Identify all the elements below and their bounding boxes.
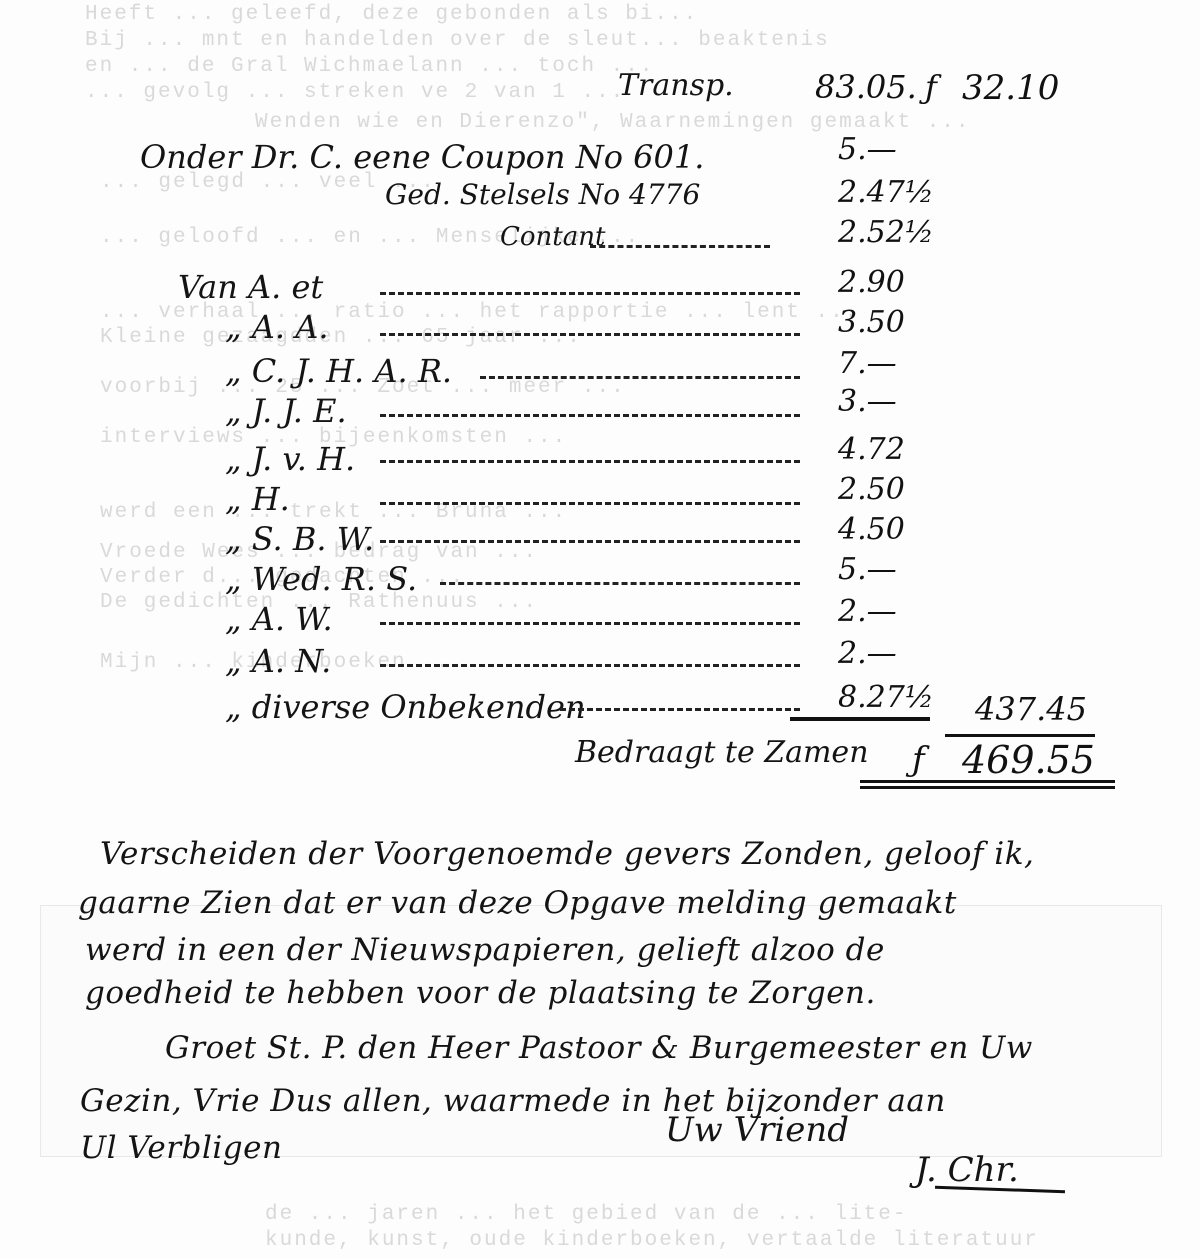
entry-amount: 5.— bbox=[838, 132, 897, 167]
transport-subtotal: 83.05. bbox=[815, 68, 917, 106]
subtotal-rule bbox=[790, 717, 930, 721]
leader-dots bbox=[380, 414, 800, 417]
entry-label: Ged. Stelsels No 4776 bbox=[385, 178, 700, 211]
entry-label: „ Wed. R. S. bbox=[225, 560, 417, 598]
entry-label: „ A. N. bbox=[225, 642, 331, 680]
valediction: Uw Vriend bbox=[665, 1110, 849, 1150]
bleed-line: ... gevolg ... streken ve 2 van 1 ... bbox=[85, 80, 625, 105]
column-total: 437.45 bbox=[975, 690, 1087, 728]
entry-label: „ A. A. bbox=[225, 308, 328, 346]
letter-line: gaarne Zien dat er van deze Opgave meldi… bbox=[78, 885, 957, 921]
leader-dots bbox=[380, 292, 800, 295]
entry-amount: 3.50 bbox=[838, 305, 905, 340]
entry-label: „ A. W. bbox=[225, 600, 333, 638]
entry-amount: 4.72 bbox=[838, 432, 905, 467]
carried-total: 32.10 bbox=[962, 68, 1059, 108]
leader-dots bbox=[480, 376, 800, 379]
leader-dots bbox=[380, 664, 800, 667]
entry-amount: 2.50 bbox=[838, 472, 905, 507]
grand-total-currency: ƒ bbox=[912, 740, 925, 780]
entry-amount: 2.90 bbox=[838, 265, 905, 300]
entry-amount: 3.— bbox=[838, 384, 897, 419]
leader-dots bbox=[590, 245, 770, 248]
entry-amount: 5.— bbox=[838, 552, 897, 587]
entry-label: „ C. J. H. A. R. bbox=[225, 352, 452, 390]
leader-dots bbox=[380, 502, 800, 505]
currency-mark: ƒ bbox=[925, 68, 937, 106]
grand-total-top-rule bbox=[945, 734, 1095, 737]
leader-dots bbox=[380, 460, 800, 463]
entry-label: „ diverse Onbekenden bbox=[225, 688, 586, 726]
entry-label: „ J. v. H. bbox=[225, 440, 355, 478]
entry-label: „ J. J. E. bbox=[225, 392, 347, 430]
letter-line: goedheid te hebben voor de plaatsing te … bbox=[85, 975, 876, 1011]
scanned-document-page: Heeft ... geleefd, deze gebonden als bi.… bbox=[0, 0, 1200, 1258]
leader-dots bbox=[440, 582, 800, 585]
bleed-line: Heeft ... geleefd, deze gebonden als bi.… bbox=[85, 2, 698, 27]
leader-dots bbox=[380, 540, 800, 543]
signature: J. Chr. bbox=[915, 1150, 1019, 1190]
entry-label: „ H. bbox=[225, 480, 290, 518]
letter-line: Verscheiden der Voorgenoemde gevers Zond… bbox=[100, 836, 1034, 872]
entry-amount: 4.50 bbox=[838, 512, 905, 547]
leader-dots bbox=[560, 708, 800, 711]
entry-amount: 2.52½ bbox=[838, 215, 934, 250]
entry-amount: 2.47½ bbox=[838, 175, 934, 210]
leader-dots bbox=[380, 622, 800, 625]
bleed-line: kunde, kunst, oude kinderboeken, vertaal… bbox=[265, 1228, 1039, 1253]
entry-label: Onder Dr. C. eene Coupon No 601. bbox=[140, 138, 704, 176]
transport-label: Transp. bbox=[618, 68, 734, 103]
entry-amount: 2.— bbox=[838, 636, 897, 671]
entry-amount: 7.— bbox=[838, 346, 897, 381]
entry-amount: 8.27½ bbox=[838, 680, 934, 715]
bleed-line: Kleine gezaagdden ... 65 jaar ... bbox=[100, 325, 582, 350]
grand-total-amount: 469.55 bbox=[962, 738, 1095, 782]
grand-total-double-rule-1 bbox=[860, 780, 1115, 783]
entry-label: „ S. B. W. bbox=[225, 520, 374, 558]
bleed-line: Bij ... mnt en handelden over de sleut..… bbox=[85, 28, 830, 53]
letter-line: werd in een der Nieuwspapieren, gelieft … bbox=[85, 932, 885, 968]
closing-line: Ul Verbligen bbox=[80, 1130, 282, 1166]
closing-line: Groet St. P. den Heer Pastoor & Burgemee… bbox=[165, 1030, 1033, 1066]
entry-label: Van A. et bbox=[178, 268, 323, 306]
bleed-line: en ... de Gral Wichmaelann ... toch ... bbox=[85, 54, 654, 79]
leader-dots bbox=[380, 333, 800, 336]
grand-total-label: Bedraagt te Zamen bbox=[575, 735, 869, 770]
grand-total-double-rule-2 bbox=[860, 786, 1115, 789]
bleed-line: de ... jaren ... het gebied van de ... l… bbox=[265, 1202, 908, 1227]
entry-amount: 2.— bbox=[838, 594, 897, 629]
